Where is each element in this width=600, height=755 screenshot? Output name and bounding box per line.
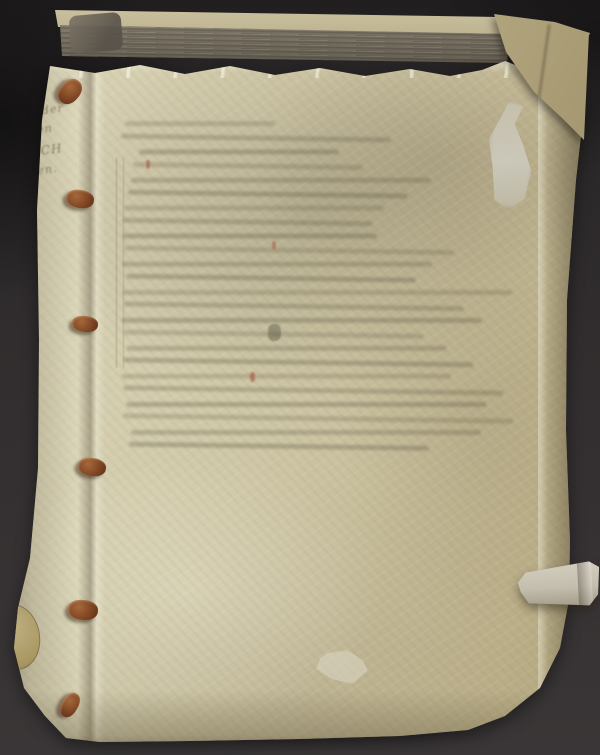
- fastening-strap-wrap: [0, 0, 600, 755]
- photo-of-manuscript-book: NEm dergeienCLICHuten.: [0, 0, 600, 755]
- fastening-strap: [517, 561, 600, 609]
